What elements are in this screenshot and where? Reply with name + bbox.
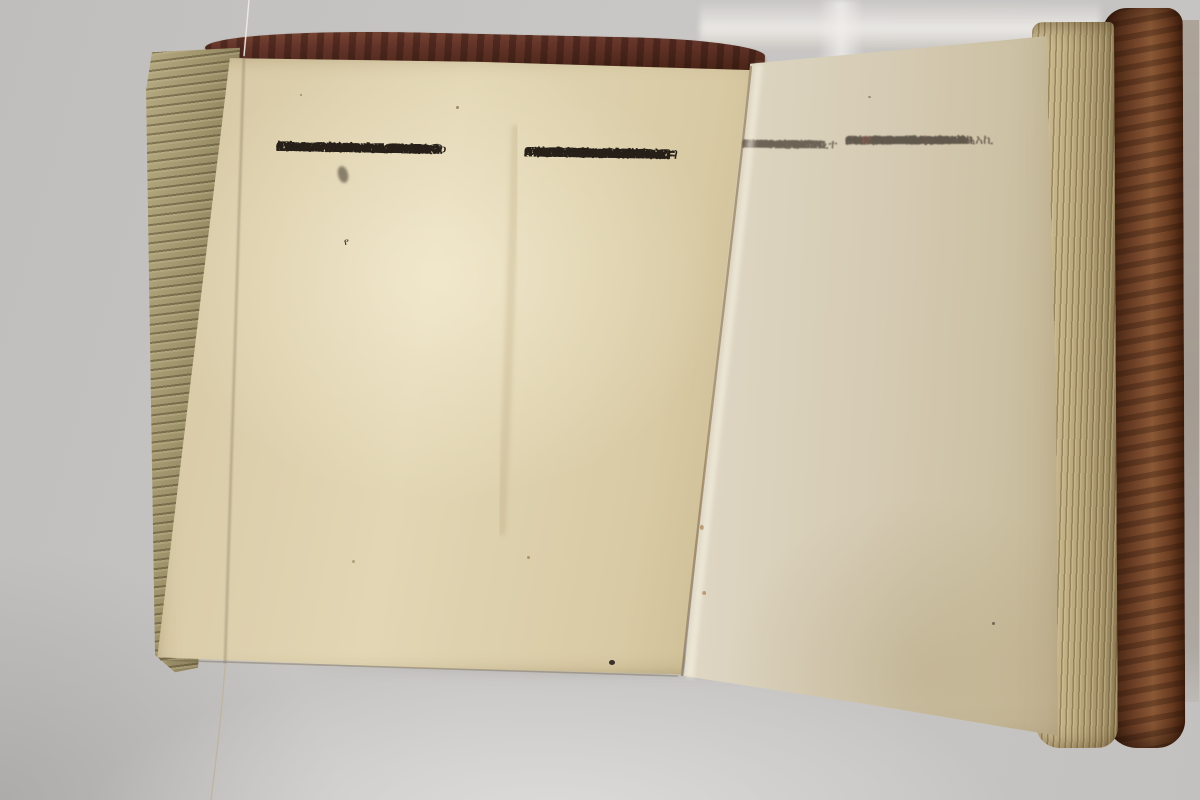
- interlinear-correction: የ: [344, 238, 350, 248]
- ink-speck: [992, 622, 995, 625]
- plexiglass-edge-glare: [818, 0, 864, 60]
- ink-speck: [300, 94, 302, 96]
- text-line: ተ፡ወጻጻፌ፡እምእ: [742, 133, 821, 158]
- ink-speck: [456, 106, 459, 109]
- text-line: እ: [742, 133, 750, 157]
- stain-speck: [352, 560, 355, 563]
- text-line: ላእ፡ላዕሌየ፡ወላዕሌ፡ነፍስየ፡ወ: [276, 134, 448, 161]
- manuscript-photograph: የ ለካብየኒ፡ኢይሰለጡ፡ለዕሌየ፡መናፍስተ፡መስቴማ፡ኢይጽብዑኒ፡በአሕ…: [0, 0, 1200, 800]
- ink-speck: [868, 96, 871, 98]
- stain-speck: [527, 556, 530, 559]
- ink-speck: [609, 660, 615, 665]
- lifted-page-text-column-1: ፡መዓዛ፡ሠናይ፡ዘራእዩ፡ይሰሮር፡ለዙት፨ወኢበነፍስምስለ፡ፍሕለ፡እንጉ…: [742, 133, 836, 134]
- text-line: ሰብእ፡ወኢበአእናፍ፡ምስ: [524, 139, 664, 166]
- stain-speck: [702, 591, 706, 595]
- stain-speck: [700, 525, 704, 530]
- text-line: እንጡ፡አስተምህሮ፡ወመልክ: [845, 128, 973, 153]
